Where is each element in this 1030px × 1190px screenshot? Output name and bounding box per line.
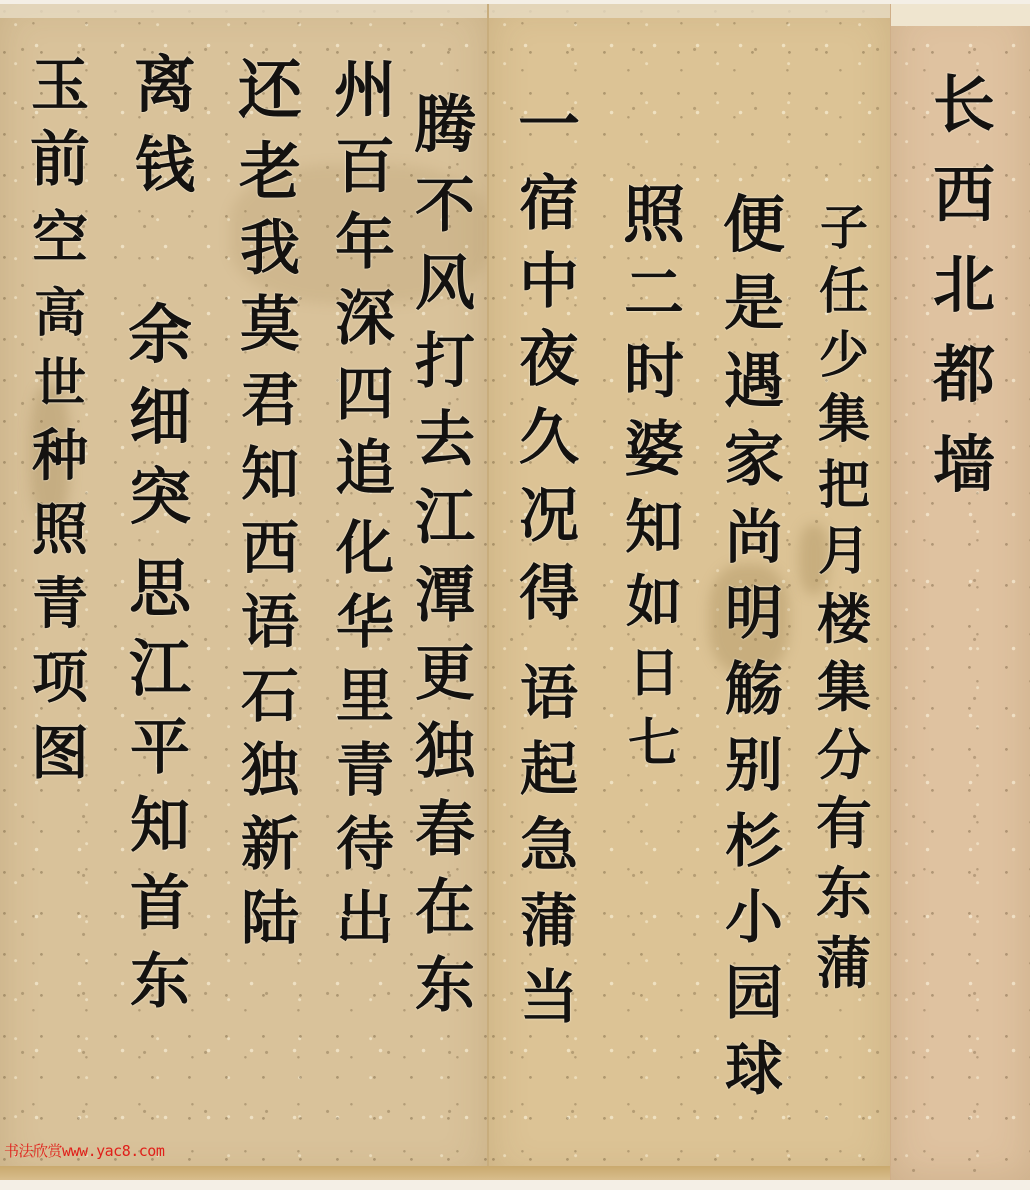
text-column-2: 便 是 遇 家 尚 明 觞 别 杉 小 园 球 (714, 194, 794, 1098)
text-column-8: 余 细 突 思 江 平 知 首 东 (110, 304, 210, 1012)
right-paper-sheet: 长 西 北 都 墙 (890, 4, 1030, 1180)
text-column-7: 还 老 我 莫 君 知 西 语 石 独 新 陆 (225, 59, 315, 947)
text-column-5: 腾 不 风 打 去 江 潭 更 独 春 在 东 (400, 94, 487, 1016)
middle-paper-sheet: 一 宿 中 夜 久 况 得 语 起 急 蒲 当 照 二 时 婆 知 如 日 七 … (487, 4, 892, 1180)
text-column-1: 子 任 少 集 把 月 楼 集 分 有 东 蒲 (804, 204, 884, 992)
calligraphy-scroll: 玉 前 空 高 世 种 照 青 项 图 离 钱 余 细 突 思 江 平 知 首 … (0, 4, 1030, 1180)
top-paper-strip (489, 4, 892, 18)
text-column-3: 照 二 时 婆 知 如 日 七 (614, 184, 694, 770)
left-paper-sheet: 玉 前 空 高 世 种 照 青 项 图 离 钱 余 细 突 思 江 平 知 首 … (0, 4, 487, 1180)
text-column-4: 一 宿 中 夜 久 况 得 语 起 急 蒲 当 (509, 94, 589, 1026)
text-column-10: 玉 前 空 高 世 种 照 青 项 图 (20, 56, 100, 782)
watermark: 书法欣赏www.yac8.com (4, 1140, 164, 1161)
top-paper-strip (891, 4, 1030, 26)
scroll-bottom-edge (0, 1166, 890, 1180)
text-column-9: 离 钱 (125, 54, 205, 196)
top-paper-strip (0, 4, 487, 18)
title-column: 长 西 北 都 墙 (919, 74, 1009, 524)
text-column-6: 州 百 年 深 四 追 化 华 里 青 待 出 (320, 59, 410, 947)
